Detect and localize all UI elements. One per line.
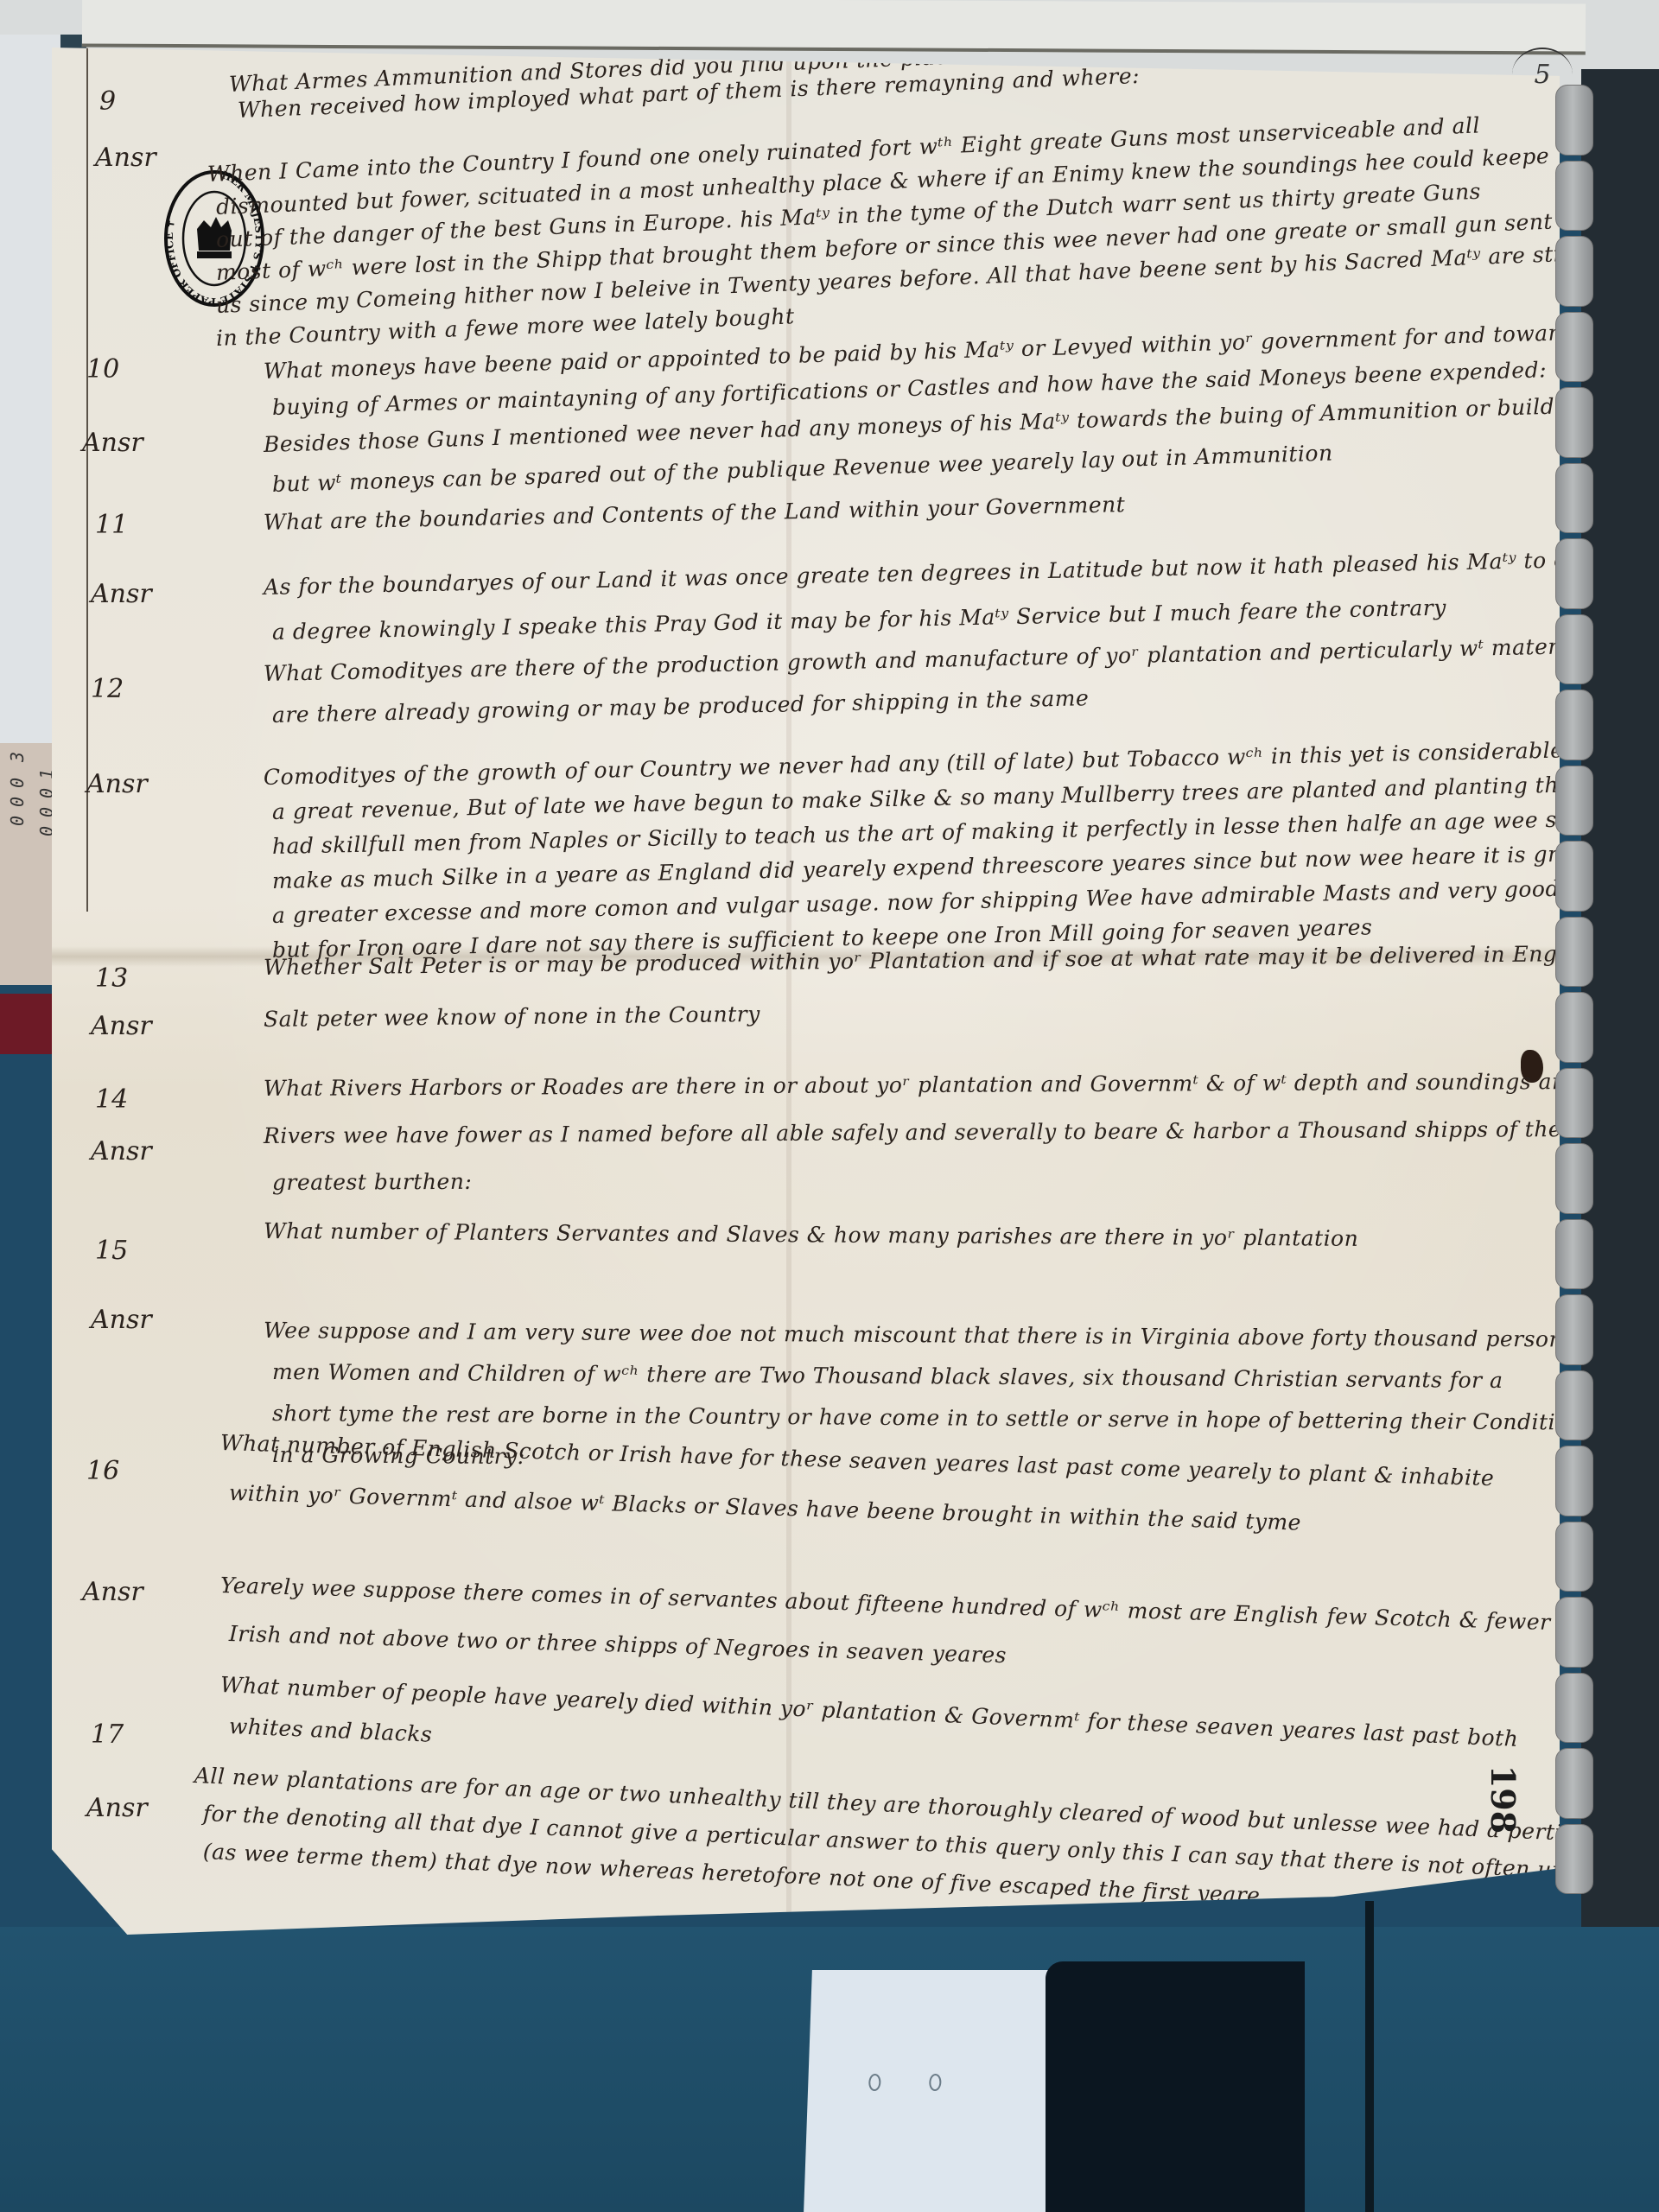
question-number: 12 — [91, 674, 124, 704]
binding-bead — [1555, 1597, 1593, 1668]
question-number: 15 — [95, 1236, 128, 1266]
binding-bead — [1555, 1446, 1593, 1516]
side-card-number: 0 — [7, 778, 28, 788]
answer-line: short tyme the rest are borne in the Cou… — [272, 1401, 1583, 1435]
binding-bead — [1555, 161, 1593, 232]
question-number: 13 — [95, 963, 128, 994]
answer-line: Irish and not above two or three shipps … — [229, 1621, 1007, 1668]
question-line: are there already growing or may be prod… — [272, 685, 1090, 728]
binding-bead — [1555, 538, 1593, 609]
question-line: What number of Planters Servantes and Sl… — [264, 1218, 1358, 1251]
question-line: What Rivers Harbors or Roades are there … — [264, 1069, 1632, 1101]
answer-label: Ansr — [82, 1577, 143, 1607]
background-red-cover — [0, 994, 60, 1054]
background-paper-slip — [804, 1970, 1054, 2212]
guard-binding — [1555, 82, 1593, 1897]
binding-bead — [1555, 1143, 1593, 1214]
binding-bead — [1555, 841, 1593, 912]
punch-hole — [929, 2074, 942, 2091]
side-card-number: 0 — [7, 816, 28, 826]
binding-bead — [1555, 917, 1593, 988]
question-number: 17 — [91, 1719, 124, 1750]
answer-label: Ansr — [86, 769, 148, 799]
answer-line: men Women and Children of wᶜʰ there are … — [272, 1359, 1503, 1393]
binding-bead — [1555, 1370, 1593, 1441]
answer-label: Ansr — [91, 1011, 152, 1041]
binding-bead — [1555, 1219, 1593, 1290]
binding-bead — [1555, 1748, 1593, 1819]
answer-label: Ansr — [86, 1793, 148, 1823]
question-line: What Comodityes are there of the product… — [264, 632, 1606, 686]
answer-label: Ansr — [91, 579, 152, 609]
question-line: What are the boundaries and Contents of … — [264, 492, 1126, 535]
question-number: 14 — [95, 1084, 128, 1115]
folded-page-flap — [82, 0, 1586, 55]
manuscript-page: HER MAJESTY'S ✝ STATE PAPER OFFICE ✝ 9Wh… — [52, 48, 1560, 1944]
binding-bead — [1555, 463, 1593, 534]
binding-bead — [1555, 1294, 1593, 1365]
binding-bead — [1555, 766, 1593, 836]
question-number: 10 — [86, 354, 119, 385]
question-line: What number of English Scotch or Irish h… — [220, 1430, 1495, 1491]
answer-line: Rivers wee have fower as I named before … — [264, 1116, 1561, 1148]
answer-line: a degree knowingly I speake this Pray Go… — [272, 595, 1446, 645]
side-card-number: 0 — [7, 797, 28, 807]
question-answer-list: 9What Armes Ammunition and Stores did yo… — [52, 48, 1560, 1944]
answer-label: Ansr — [82, 428, 143, 458]
question-line: whites and blacks — [228, 1713, 432, 1747]
answer-label: Ansr — [95, 143, 156, 173]
side-card-number: 3 — [7, 752, 28, 762]
answer-label: Ansr — [91, 1305, 152, 1335]
answer-line: Wee suppose and I am very sure wee doe n… — [264, 1318, 1575, 1352]
binding-bead — [1555, 690, 1593, 760]
binding-bead — [1555, 1673, 1593, 1744]
stamped-folio-number: 198 — [1484, 1765, 1522, 1834]
binding-bead — [1555, 312, 1593, 383]
background-stand — [1365, 1901, 1374, 2212]
binding-bead — [1555, 1522, 1593, 1592]
answer-label: Ansr — [91, 1136, 152, 1166]
question-line: within yoʳ Governmᵗ and alsoe wᵗ Blacks … — [229, 1480, 1302, 1535]
binding-bead — [1555, 992, 1593, 1063]
answer-line: As for the boundaryes of our Land it was… — [264, 543, 1659, 600]
binding-bead — [1555, 85, 1593, 156]
punch-hole — [868, 2074, 881, 2091]
answer-line: Salt peter wee know of none in the Count… — [264, 1001, 760, 1032]
question-number: 9 — [99, 86, 116, 117]
answer-line: greatest burthen: — [272, 1169, 472, 1195]
background-black-object — [1046, 1961, 1305, 2212]
question-number: 16 — [86, 1456, 119, 1486]
binding-bead — [1555, 387, 1593, 458]
binding-bead — [1555, 614, 1593, 685]
question-number: 11 — [95, 510, 128, 540]
binding-bead — [1555, 236, 1593, 307]
binding-bead — [1555, 1068, 1593, 1139]
binding-bead — [1555, 1824, 1593, 1895]
